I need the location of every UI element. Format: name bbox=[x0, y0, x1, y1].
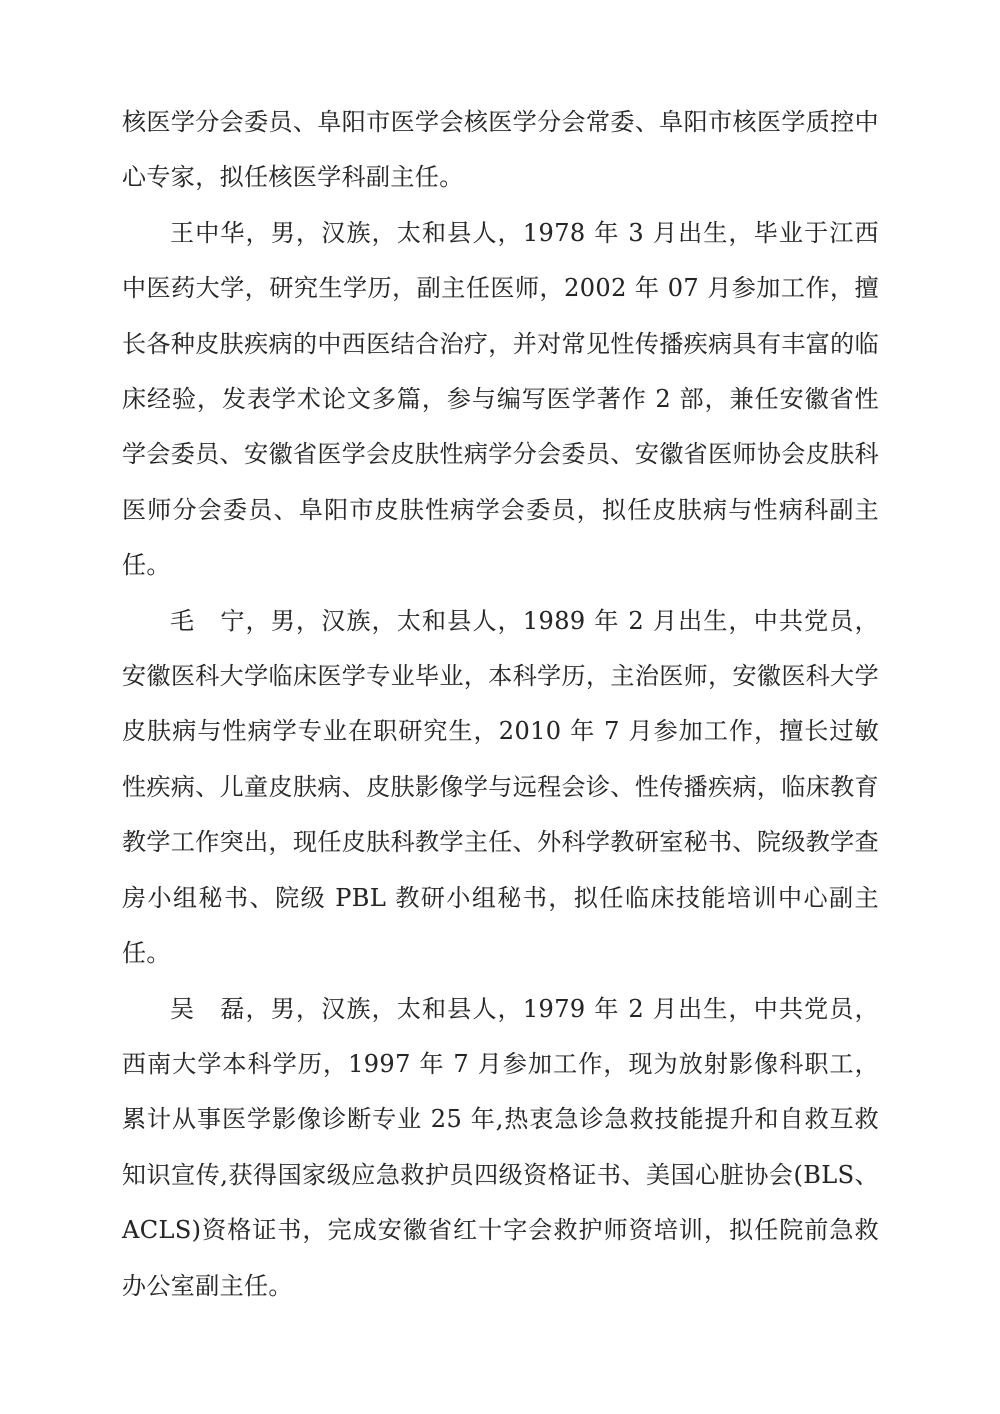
paragraph-bio-wu-lei: 吴 磊，男，汉族，太和县人，1979 年 2 月出生，中共党员，西南大学本科学历… bbox=[122, 982, 879, 1314]
paragraph-continuation-nuclear-medicine: 核医学分会委员、阜阳市医学会核医学分会常委、阜阳市核医学质控中心专家，拟任核医学… bbox=[122, 95, 879, 206]
document-page: 核医学分会委员、阜阳市医学会核医学分会常委、阜阳市核医学质控中心专家，拟任核医学… bbox=[0, 0, 1000, 1414]
paragraph-bio-wang-zhonghua: 王中华，男，汉族，太和县人，1978 年 3 月出生，毕业于江西中医药大学，研究… bbox=[122, 206, 879, 594]
paragraph-bio-mao-ning: 毛 宁，男，汉族，太和县人，1989 年 2 月出生，中共党员，安徽医科大学临床… bbox=[122, 594, 879, 982]
document-text-block: 核医学分会委员、阜阳市医学会核医学分会常委、阜阳市核医学质控中心专家，拟任核医学… bbox=[122, 95, 879, 1314]
